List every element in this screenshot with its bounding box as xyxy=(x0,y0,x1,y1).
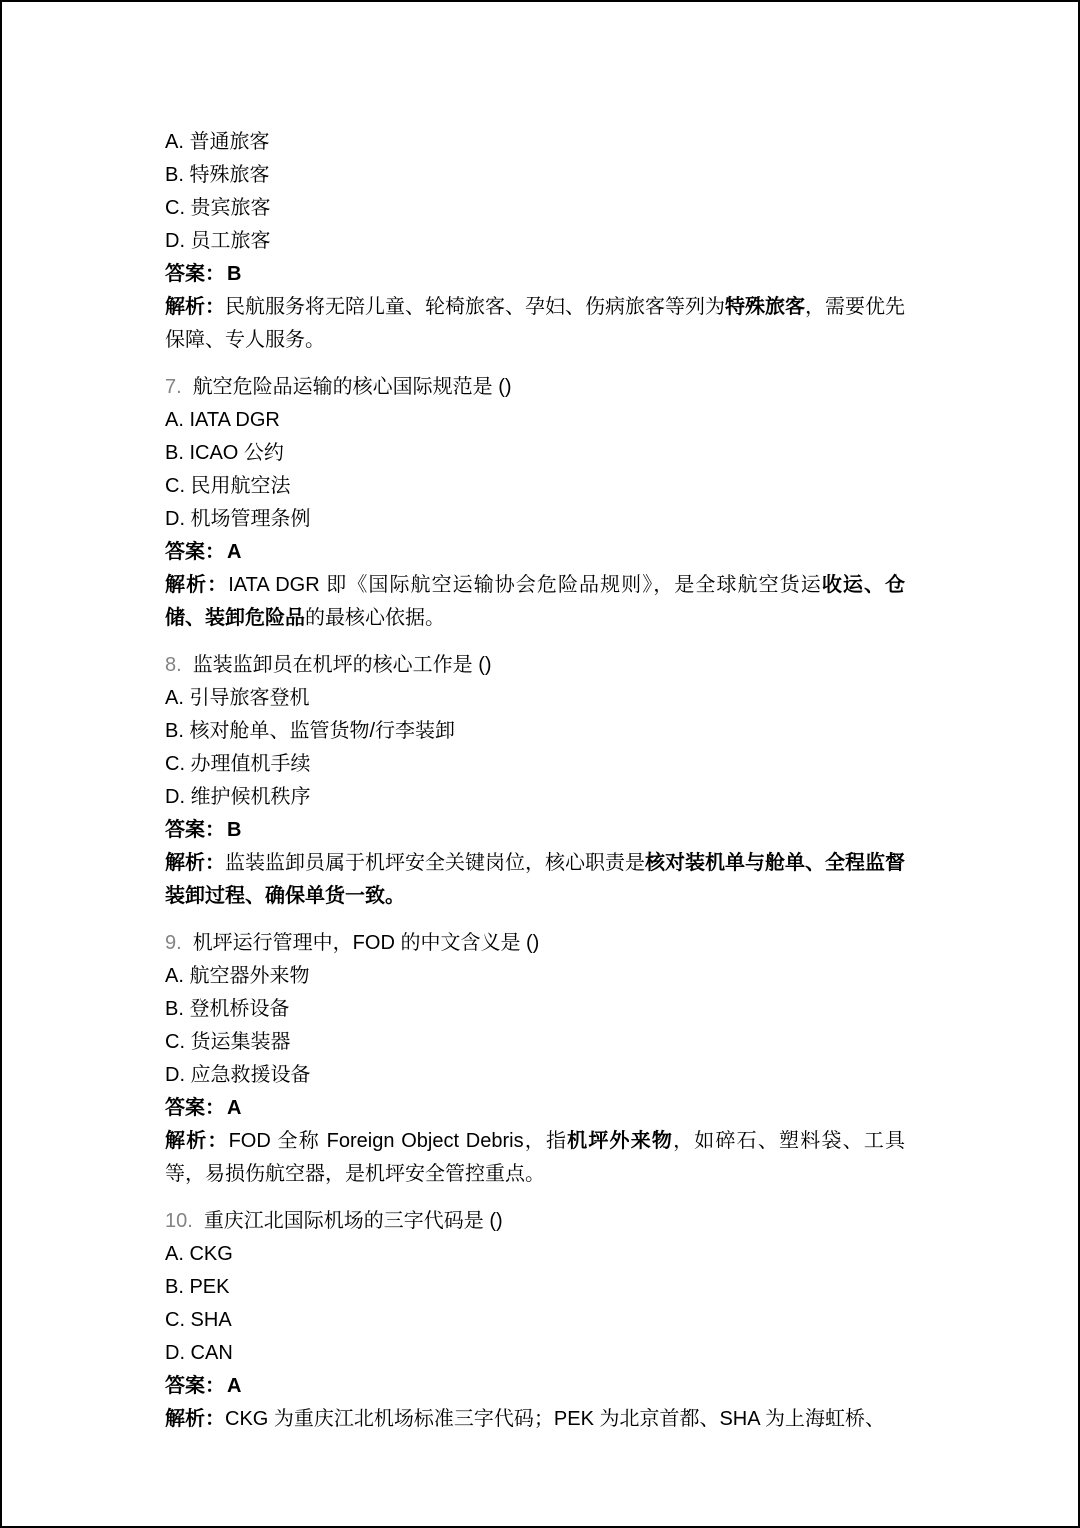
answer-value: A xyxy=(227,541,241,563)
option-line: B. 登机桥设备 xyxy=(165,993,905,1026)
explanation-label: 解析： xyxy=(165,296,225,318)
question-number: 7. xyxy=(165,376,182,398)
question-text: 监装监卸员在机坪的核心工作是 () xyxy=(193,654,492,676)
explanation-line: 解析：IATA DGR 即《国际航空运输协会危险品规则》，是全球航空货运收运、仓… xyxy=(165,569,905,635)
option-line: B. ICAO 公约 xyxy=(165,437,905,470)
document-page: A. 普通旅客B. 特殊旅客C. 贵宾旅客D. 员工旅客答案：B解析：民航服务将… xyxy=(0,0,1080,1528)
question-number: 9. xyxy=(165,932,182,954)
option-line: A. CKG xyxy=(165,1238,905,1271)
answer-label: 答案： xyxy=(165,263,225,285)
option-line: B. 核对舱单、监管货物/行李装卸 xyxy=(165,715,905,748)
answer-line: 答案：B xyxy=(165,258,905,291)
answer-value: A xyxy=(227,1097,241,1119)
answer-line: 答案：A xyxy=(165,1092,905,1125)
question-line: 10.重庆江北国际机场的三字代码是 () xyxy=(165,1205,905,1238)
continuation-block: A. 普通旅客B. 特殊旅客C. 贵宾旅客D. 员工旅客答案：B解析：民航服务将… xyxy=(165,126,905,357)
option-line: D. 维护候机秩序 xyxy=(165,781,905,814)
explanation-line: 解析：FOD 全称 Foreign Object Debris，指机坪外来物，如… xyxy=(165,1125,905,1191)
answer-value: B xyxy=(227,263,241,285)
option-line: C. 贵宾旅客 xyxy=(165,192,905,225)
question-line: 8.监装监卸员在机坪的核心工作是 () xyxy=(165,649,905,682)
option-line: D. 机场管理条例 xyxy=(165,503,905,536)
option-line: A. 引导旅客登机 xyxy=(165,682,905,715)
answer-line: 答案：A xyxy=(165,1370,905,1403)
explanation-line: 解析：民航服务将无陪儿童、轮椅旅客、孕妇、伤病旅客等列为特殊旅客，需要优先保障、… xyxy=(165,291,905,357)
explanation-segment: 的最核心依据。 xyxy=(305,607,445,629)
explanation-label: 解析： xyxy=(165,852,225,874)
option-line: A. IATA DGR xyxy=(165,404,905,437)
question-block: 10.重庆江北国际机场的三字代码是 ()A. CKGB. PEKC. SHAD.… xyxy=(165,1205,905,1436)
question-number: 8. xyxy=(165,654,182,676)
option-line: C. 办理值机手续 xyxy=(165,748,905,781)
option-line: A. 航空器外来物 xyxy=(165,960,905,993)
question-line: 7.航空危险品运输的核心国际规范是 () xyxy=(165,371,905,404)
explanation-segment: 民航服务将无陪儿童、轮椅旅客、孕妇、伤病旅客等列为 xyxy=(225,296,725,318)
question-block: 8.监装监卸员在机坪的核心工作是 ()A. 引导旅客登机B. 核对舱单、监管货物… xyxy=(165,649,905,913)
answer-label: 答案： xyxy=(165,1375,225,1397)
answer-value: B xyxy=(227,819,241,841)
option-line: A. 普通旅客 xyxy=(165,126,905,159)
exam-content: A. 普通旅客B. 特殊旅客C. 贵宾旅客D. 员工旅客答案：B解析：民航服务将… xyxy=(2,2,1078,1436)
answer-line: 答案：A xyxy=(165,536,905,569)
explanation-label: 解析： xyxy=(165,1408,225,1430)
question-text: 航空危险品运输的核心国际规范是 () xyxy=(193,376,512,398)
question-text: 重庆江北国际机场的三字代码是 () xyxy=(204,1210,503,1232)
option-line: B. PEK xyxy=(165,1271,905,1304)
answer-label: 答案： xyxy=(165,1097,225,1119)
explanation-segment: 机坪外来物 xyxy=(567,1130,673,1152)
explanation-segment: IATA DGR 即《国际航空运输协会危险品规则》，是全球航空货运 xyxy=(228,574,822,596)
question-block: 9.机坪运行管理中，FOD 的中文含义是 ()A. 航空器外来物B. 登机桥设备… xyxy=(165,927,905,1191)
option-line: C. SHA xyxy=(165,1304,905,1337)
option-line: C. 货运集装器 xyxy=(165,1026,905,1059)
explanation-line: 解析：CKG 为重庆江北机场标准三字代码；PEK 为北京首都、SHA 为上海虹桥… xyxy=(165,1403,905,1436)
explanation-line: 解析：监装监卸员属于机坪安全关键岗位，核心职责是核对装机单与舱单、全程监督装卸过… xyxy=(165,847,905,913)
question-block: 7.航空危险品运输的核心国际规范是 ()A. IATA DGRB. ICAO 公… xyxy=(165,371,905,635)
question-line: 9.机坪运行管理中，FOD 的中文含义是 () xyxy=(165,927,905,960)
explanation-segment: 监装监卸员属于机坪安全关键岗位，核心职责是 xyxy=(225,852,645,874)
option-line: C. 民用航空法 xyxy=(165,470,905,503)
answer-line: 答案：B xyxy=(165,814,905,847)
option-line: D. 员工旅客 xyxy=(165,225,905,258)
option-line: D. CAN xyxy=(165,1337,905,1370)
explanation-label: 解析： xyxy=(165,574,228,596)
answer-label: 答案： xyxy=(165,541,225,563)
explanation-label: 解析： xyxy=(165,1130,229,1152)
explanation-segment: 特殊旅客 xyxy=(725,296,805,318)
explanation-segment: CKG 为重庆江北机场标准三字代码；PEK 为北京首都、SHA 为上海虹桥、 xyxy=(225,1408,885,1430)
answer-label: 答案： xyxy=(165,819,225,841)
question-number: 10. xyxy=(165,1210,193,1232)
option-line: B. 特殊旅客 xyxy=(165,159,905,192)
explanation-segment: FOD 全称 Foreign Object Debris，指 xyxy=(229,1130,568,1152)
answer-value: A xyxy=(227,1375,241,1397)
option-line: D. 应急救援设备 xyxy=(165,1059,905,1092)
question-text: 机坪运行管理中，FOD 的中文含义是 () xyxy=(193,932,540,954)
